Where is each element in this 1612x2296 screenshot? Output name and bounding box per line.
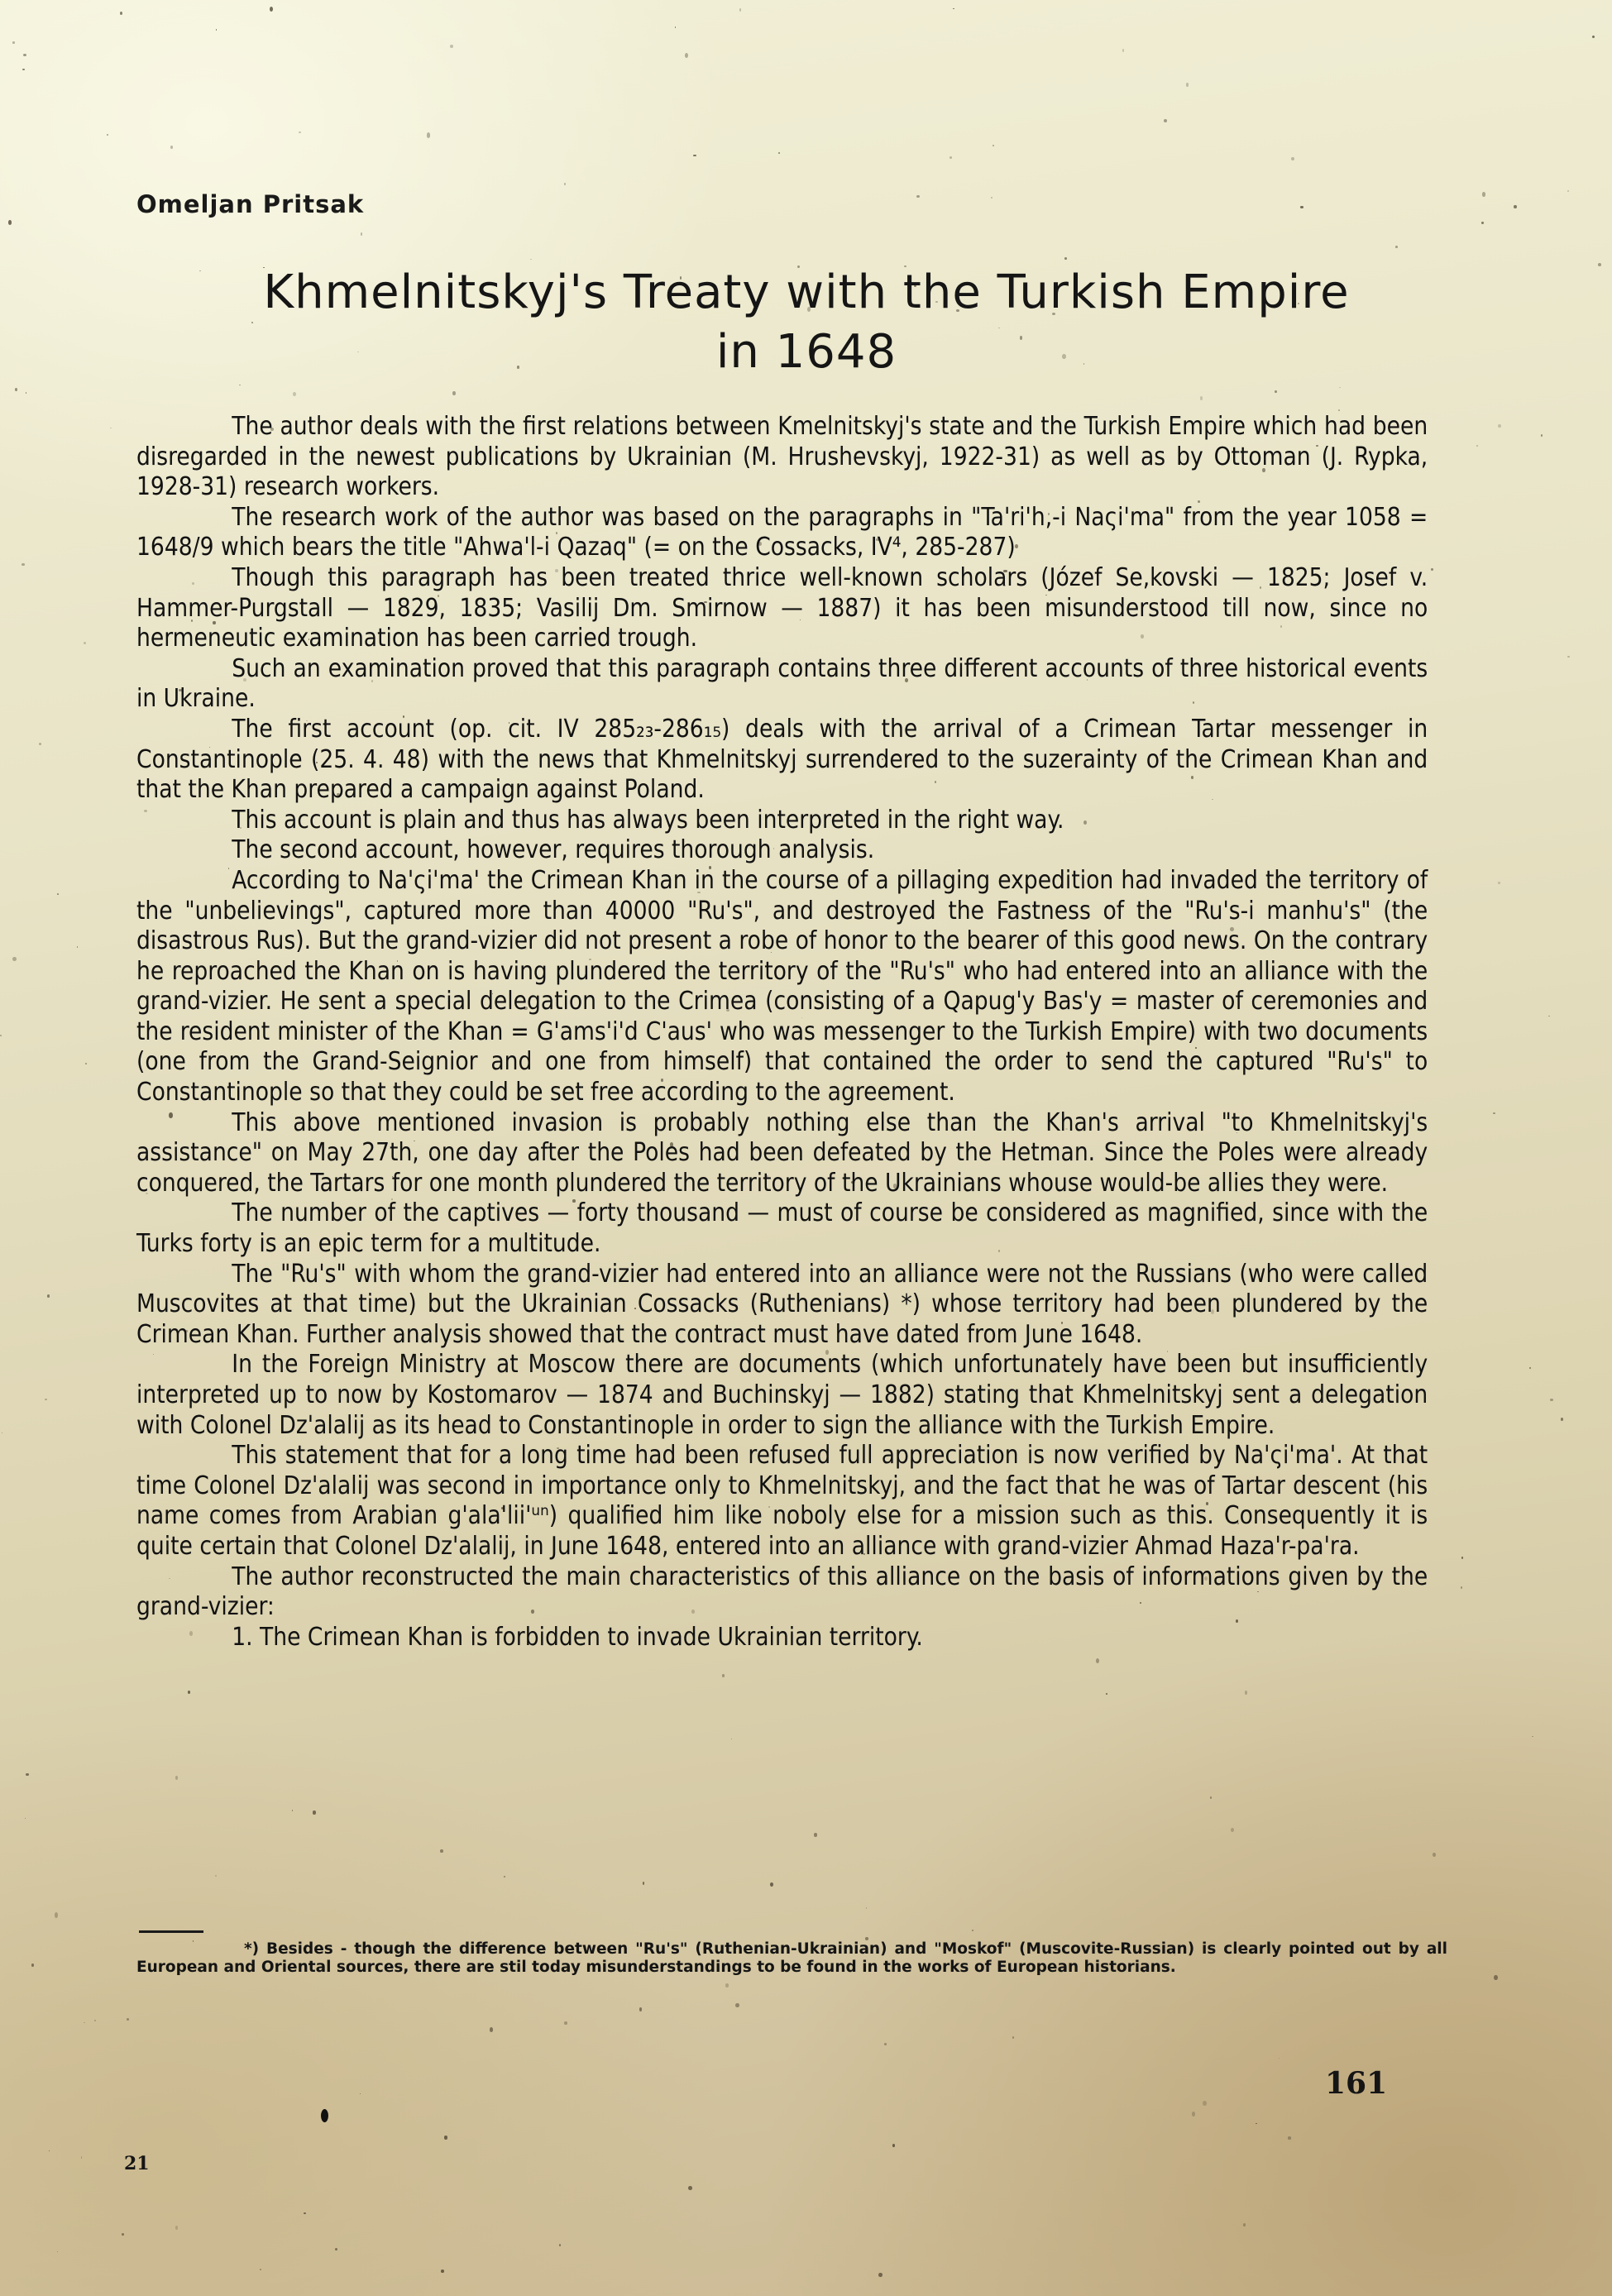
paragraph: According to Na'ςi'ma' the Crimean Khan … xyxy=(136,866,1428,1108)
paragraph: This above mentioned invasion is probabl… xyxy=(136,1108,1428,1199)
paragraph: This statement that for a long time had … xyxy=(136,1441,1428,1562)
title-line-1: Khmelnitskyj's Treaty with the Turkish E… xyxy=(124,263,1489,323)
paragraph: The author reconstructed the main charac… xyxy=(136,1562,1428,1623)
ink-dot xyxy=(321,2109,328,2122)
paragraph: The research work of the author was base… xyxy=(136,503,1428,563)
title-line-2: in 1648 xyxy=(124,323,1489,382)
article-title: Khmelnitskyj's Treaty with the Turkish E… xyxy=(124,263,1489,382)
numbered-item: 1. The Crimean Khan is forbidden to inva… xyxy=(136,1623,1428,1653)
paragraph: This account is plain and thus has alway… xyxy=(136,806,1428,836)
paragraph: Such an examination proved that this par… xyxy=(136,654,1428,715)
page-number: 161 xyxy=(1325,2066,1387,2101)
paragraph: The number of the captives — forty thous… xyxy=(136,1198,1428,1259)
footnote-text: *) Besides - though the difference betwe… xyxy=(136,1940,1447,1977)
footnote: *) Besides - though the difference betwe… xyxy=(136,1940,1447,1977)
paragraph: The "Ru's" with whom the grand-vizier ha… xyxy=(136,1260,1428,1351)
paragraph: In the Foreign Ministry at Moscow there … xyxy=(136,1350,1428,1441)
paragraph: The author deals with the first relation… xyxy=(136,412,1428,503)
footnote-divider xyxy=(139,1930,203,1933)
author-name: Omeljan Pritsak xyxy=(136,190,364,218)
signature-mark: 21 xyxy=(124,2153,150,2174)
article-body: The author deals with the first relation… xyxy=(136,412,1428,1653)
paragraph: The second account, however, requires th… xyxy=(136,835,1428,866)
paragraph: Though this paragraph has been treated t… xyxy=(136,563,1428,654)
paragraph: The first account (op. cit. IV 285₂₃-286… xyxy=(136,715,1428,806)
